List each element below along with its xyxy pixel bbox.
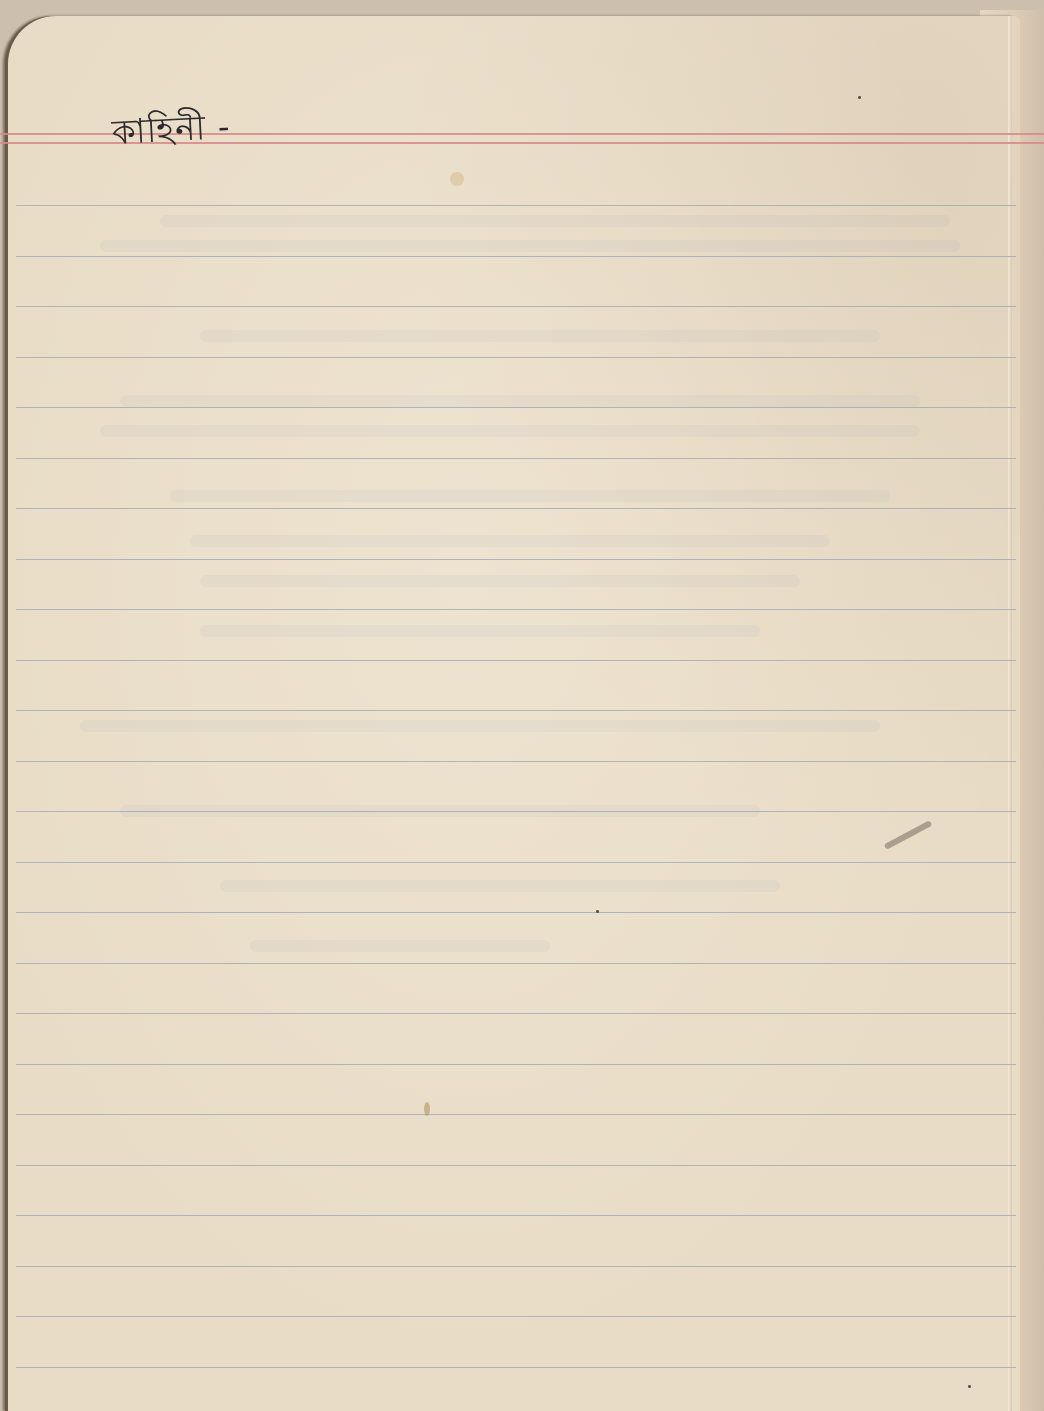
bleed-through-stroke	[120, 805, 760, 817]
rule-line	[16, 1215, 1016, 1216]
bleed-through-stroke	[100, 240, 960, 252]
rule-line	[16, 912, 1016, 913]
handwritten-heading: কাহিনী -	[111, 101, 232, 164]
bleed-through-stroke	[250, 940, 550, 952]
rule-line	[16, 1367, 1016, 1368]
rule-line	[16, 1266, 1016, 1267]
rule-line	[16, 1165, 1016, 1166]
rule-line	[16, 609, 1016, 610]
rule-line	[16, 1013, 1016, 1014]
rule-line	[16, 205, 1016, 206]
bleed-through-stroke	[200, 575, 800, 587]
bleed-through-stroke	[220, 880, 780, 892]
bleed-through-stroke	[200, 330, 880, 342]
rule-line	[16, 559, 1016, 560]
rule-line	[16, 508, 1016, 509]
bleed-through-stroke	[80, 720, 880, 732]
rule-line	[16, 963, 1016, 964]
rule-line	[16, 660, 1016, 661]
rule-line	[16, 710, 1016, 711]
rule-line	[16, 306, 1016, 307]
bleed-through-stroke	[160, 215, 950, 227]
bleed-through-stroke	[100, 425, 920, 437]
rule-line	[16, 1064, 1016, 1065]
rule-line	[16, 1316, 1016, 1317]
rule-line	[16, 407, 1016, 408]
bleed-through-stroke	[190, 535, 830, 547]
bleed-through-stroke	[200, 625, 760, 637]
bleed-through-stroke	[120, 395, 920, 407]
paper-blemish	[424, 1102, 430, 1116]
speck	[596, 910, 599, 913]
rule-line	[16, 256, 1016, 257]
rule-line	[16, 458, 1016, 459]
rule-line	[16, 862, 1016, 863]
bleed-through-stroke	[170, 490, 890, 502]
speck	[968, 1385, 971, 1388]
page-right-edge	[1008, 16, 1012, 1411]
paper-stain	[450, 172, 464, 186]
rule-line	[16, 1114, 1016, 1115]
rule-line	[16, 357, 1016, 358]
rule-line	[16, 761, 1016, 762]
speck	[858, 96, 861, 99]
